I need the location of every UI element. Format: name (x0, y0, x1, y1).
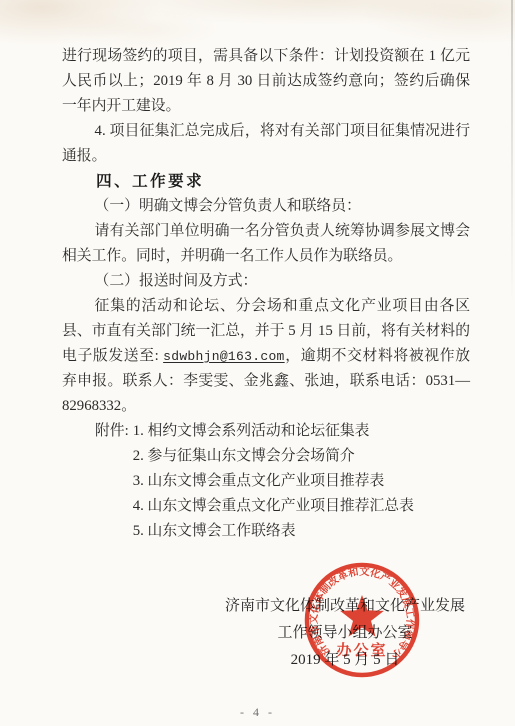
attachments-list: 1. 相约文博会系列活动和论坛征集表 2. 参与征集山东文博会分会场简介 3. … (133, 419, 414, 544)
attachment-item: 1. 相约文博会系列活动和论坛征集表 (133, 419, 414, 444)
paragraph-subsection-2: （二）报送时间及方式： (62, 269, 470, 294)
signature-block: 济南市文化体制改革和文化产业发展 工作领导小组办公室 2019 年 5 月 5 … (205, 593, 485, 674)
page-number: - 4 - (0, 705, 515, 720)
email-address: sdwbhjn@163.com (163, 349, 285, 364)
attachments-label: 附件: (95, 419, 129, 444)
scanned-document-page: 进行现场签约的项目，需具备以下条件：计划投资额在 1 亿元人民币以上；2019 … (0, 0, 515, 726)
signature-org-line2: 工作领导小组办公室 (205, 620, 485, 647)
attachments-block: 附件: 1. 相约文博会系列活动和论坛征集表 2. 参与征集山东文博会分会场简介… (95, 419, 414, 544)
paragraph-submission: 征集的活动和论坛、分会场和重点文化产业项目由各区县、市直有关部门统一汇总，并于 … (62, 294, 470, 419)
paragraph-subsection-1: （一）明确文博会分管负责人和联络员： (62, 194, 470, 219)
attachment-item: 4. 山东文博会重点文化产业项目推荐汇总表 (133, 494, 414, 519)
attachment-item: 2. 参与征集山东文博会分会场简介 (133, 444, 414, 469)
scan-edge-line (511, 0, 513, 330)
signature-org-line1: 济南市文化体制改革和文化产业发展 (205, 593, 485, 620)
paragraph-continuation: 进行现场签约的项目，需具备以下条件：计划投资额在 1 亿元人民币以上；2019 … (62, 44, 470, 119)
paragraph-item-4: 4. 项目征集汇总完成后，将对有关部门项目征集情况进行通报。 (62, 119, 470, 169)
attachment-item: 5. 山东文博会工作联络表 (133, 519, 414, 544)
signature-date: 2019 年 5 月 5 日 (205, 647, 485, 674)
paragraph-liaison: 请有关部门单位明确一名分管负责人统筹协调参展文博会相关工作。同时，并明确一名工作… (62, 219, 470, 269)
document-body: 进行现场签约的项目，需具备以下条件：计划投资额在 1 亿元人民币以上；2019 … (62, 44, 470, 419)
section-heading-work-requirements: 四、工作要求 (62, 169, 470, 194)
attachment-item: 3. 山东文博会重点文化产业项目推荐表 (133, 469, 414, 494)
